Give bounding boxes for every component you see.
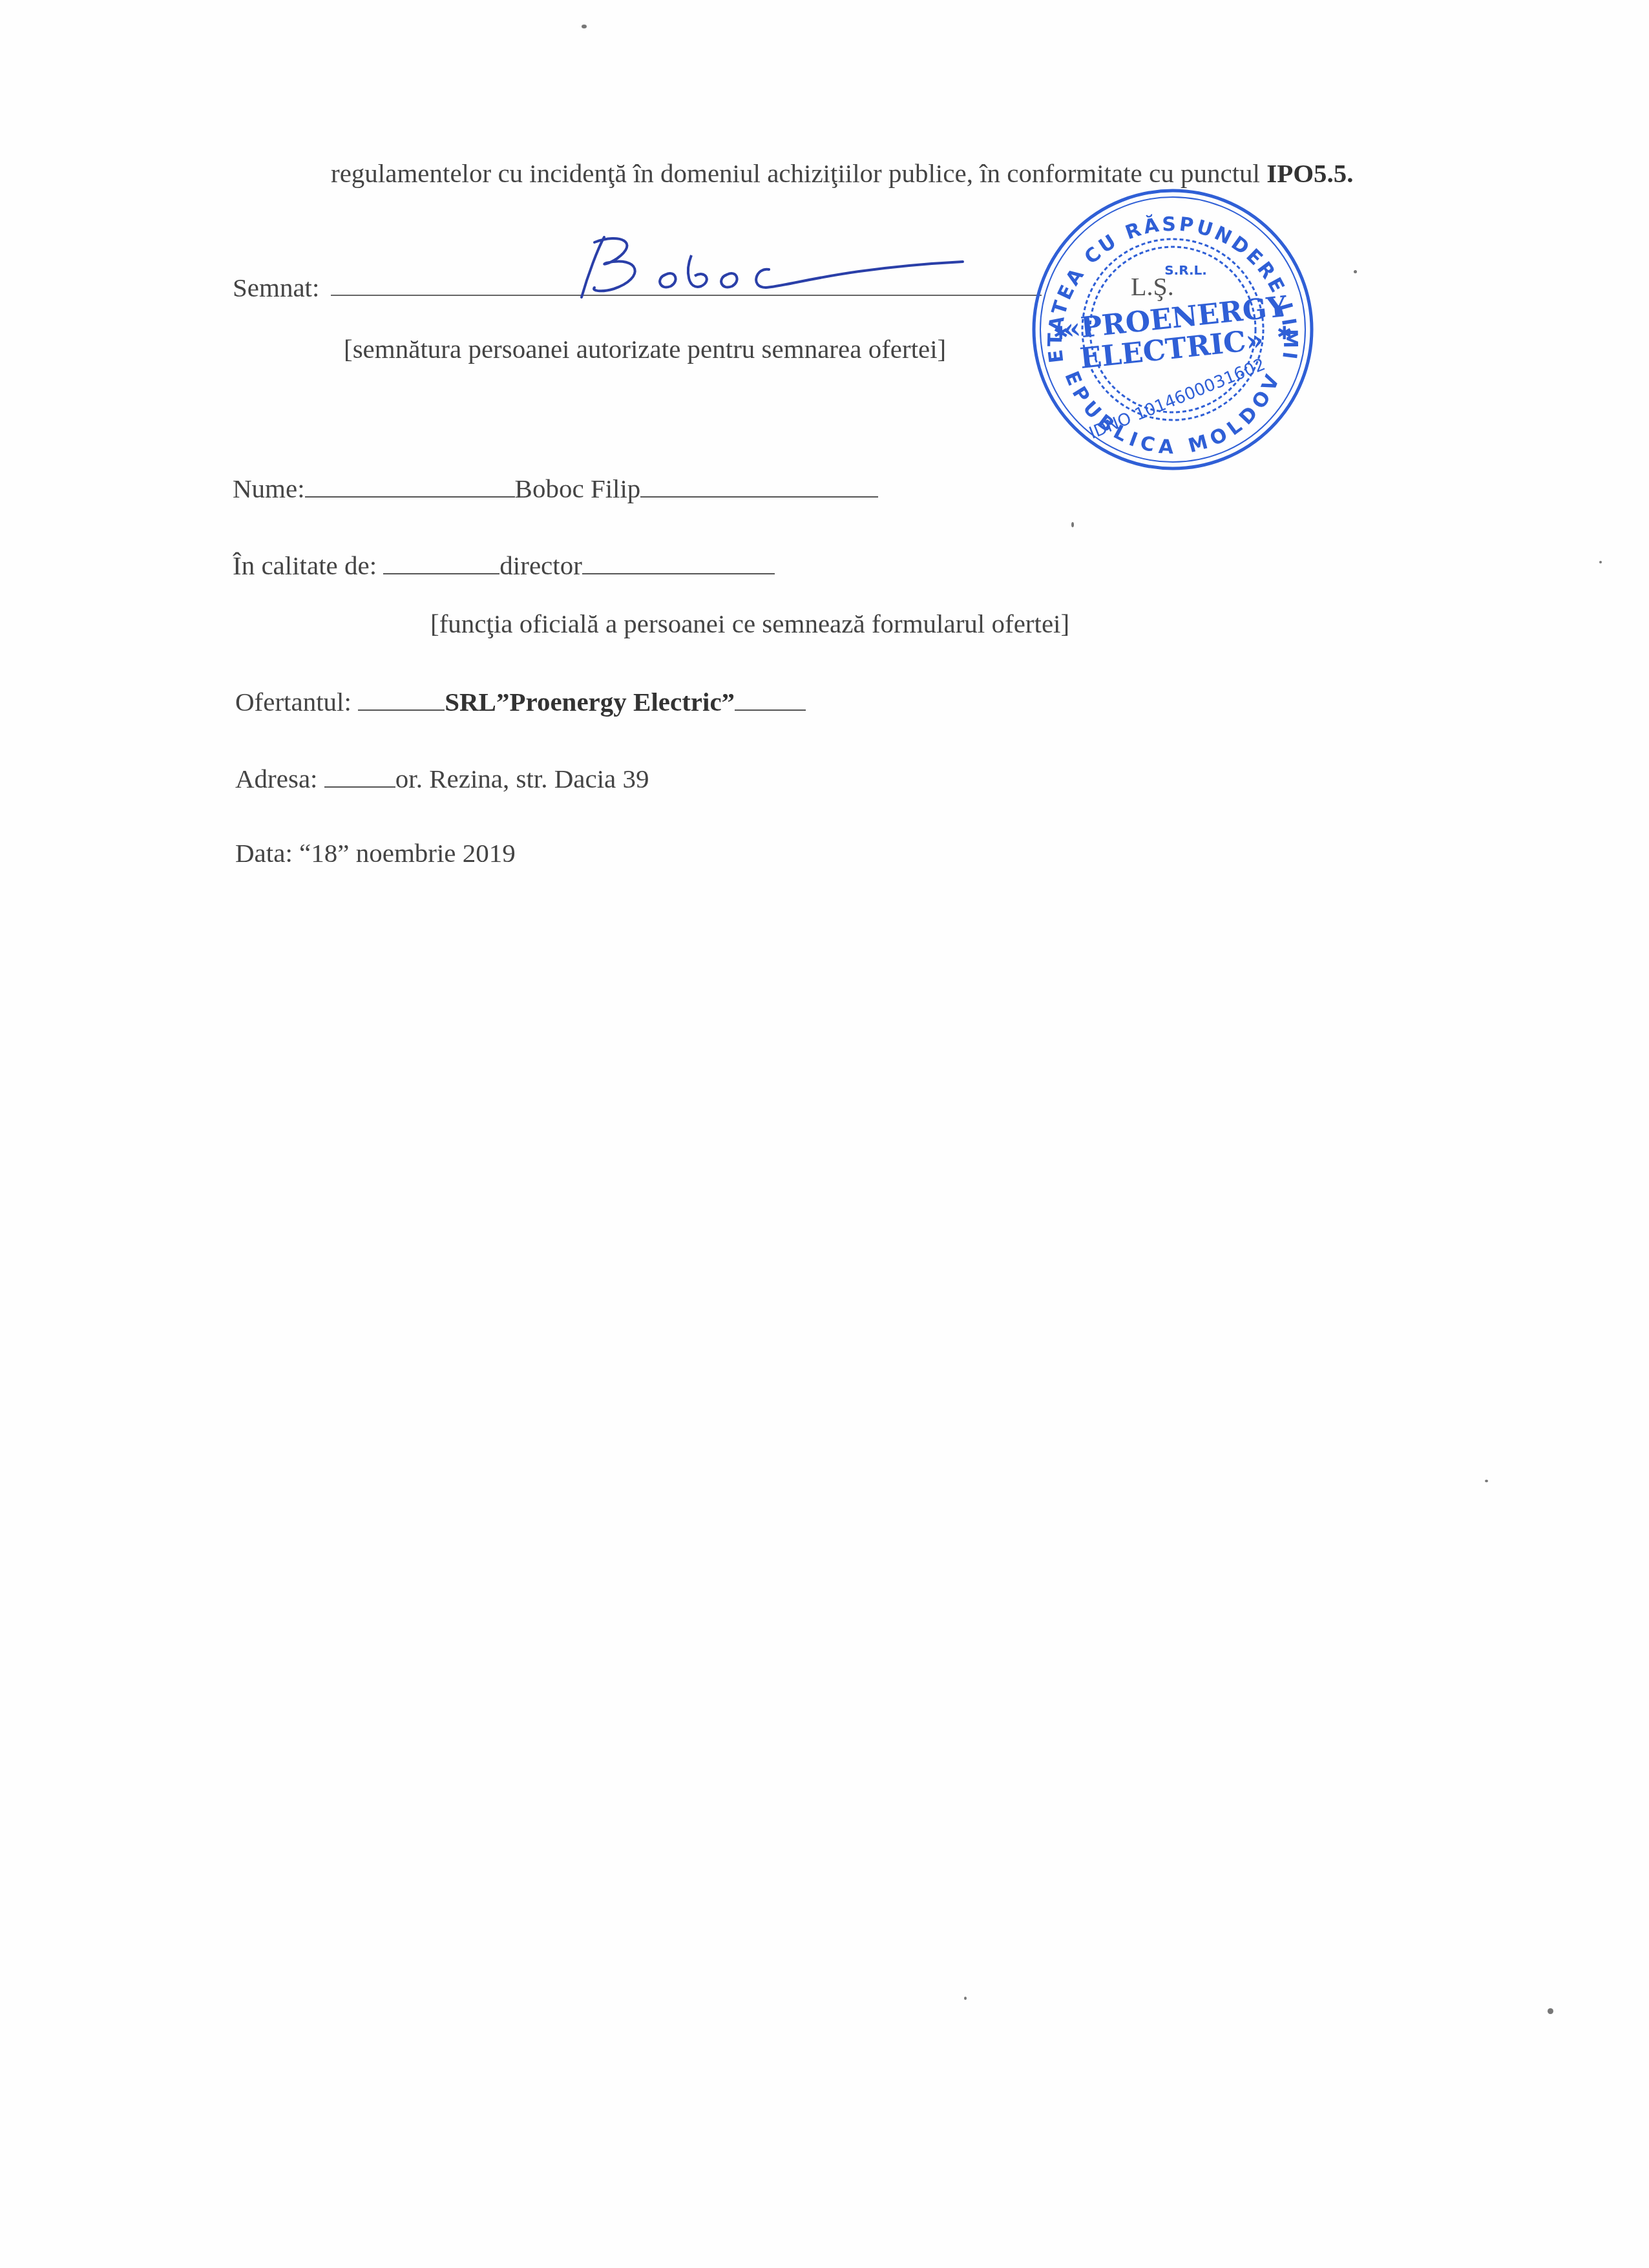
date-label: Data: — [235, 838, 293, 868]
company-stamp: SOCIETATEA CU RĂSPUNDERE LIMITATĂ REPUBL… — [1027, 184, 1318, 475]
scan-speck — [1548, 2008, 1553, 2014]
name-blank-after — [640, 474, 878, 498]
name-blank-before — [305, 474, 515, 498]
date-value: “18” noembrie 2019 — [299, 838, 516, 868]
bidder-blank-before — [358, 687, 445, 711]
bidder-value: SRL”Proenergy Electric” — [445, 687, 735, 717]
bidder-row: Ofertantul: SRL”Proenergy Electric” — [235, 687, 806, 715]
name-value: Boboc Filip — [515, 474, 641, 503]
name-label: Nume: — [233, 474, 305, 503]
role-caption: [funcţia oficială a persoanei ce semneaz… — [430, 611, 1069, 637]
scan-speck — [582, 25, 587, 28]
date-row: Data: “18” noembrie 2019 — [235, 840, 516, 866]
scan-speck — [1354, 270, 1357, 273]
address-blank — [324, 764, 395, 788]
handwritten-signature — [569, 229, 982, 307]
scan-speck — [964, 1997, 967, 2000]
address-value: or. Rezina, str. Dacia 39 — [395, 764, 649, 793]
signature-caption: [semnătura persoanei autorizate pentru s… — [344, 336, 946, 362]
stamp-ls-label: L.Ş. — [1131, 272, 1174, 301]
stamp-star-right-icon: ✱ — [1277, 322, 1292, 344]
role-row: În calitate de: director — [233, 551, 775, 579]
role-label: În calitate de: — [233, 551, 377, 580]
intro-line: regulamentelor cu incidenţă în domeniul … — [331, 160, 1354, 187]
scan-speck — [1485, 1480, 1488, 1482]
role-blank-before — [383, 551, 499, 574]
role-blank-after — [582, 551, 775, 574]
address-row: Adresa: or. Rezina, str. Dacia 39 — [235, 764, 649, 792]
scan-speck — [1599, 561, 1602, 563]
address-label: Adresa: — [235, 764, 318, 793]
bidder-label: Ofertantul: — [235, 687, 352, 717]
bidder-blank-after — [735, 687, 806, 711]
scan-speck — [1071, 522, 1074, 527]
document-page: regulamentelor cu incidenţă în domeniul … — [0, 0, 1649, 2268]
signed-label: Semnat: — [233, 275, 319, 301]
name-row: Nume:Boboc Filip — [233, 474, 878, 502]
role-value: director — [499, 551, 582, 580]
